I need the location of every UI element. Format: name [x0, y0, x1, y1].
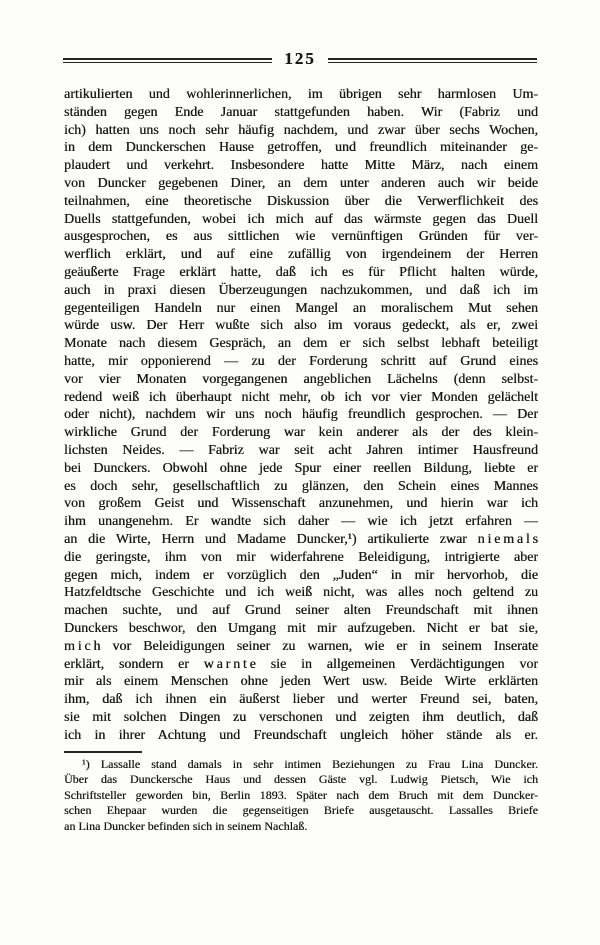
text-line: ihm, daß ich ihnen ein äußerst lieber un…	[64, 691, 538, 709]
text-line: artikulierten und wohlerinnerlichen, im …	[64, 86, 538, 104]
text-line: von großem Geist und Wissenschaft anzune…	[64, 495, 538, 513]
text-line: auch in praxi diesen Überzeugungen nachz…	[64, 282, 538, 300]
footnotes: ¹) Lassalle stand damals in sehr intimen…	[64, 757, 538, 834]
page-header: 125	[63, 51, 537, 69]
text-line: gegenteiligen Handeln nur einen Mangel a…	[64, 300, 538, 318]
footnote-line: Über das Dunckersche Haus und dessen Gäs…	[64, 772, 538, 787]
text-line: ihm unangenehm. Er wandte sich daher — w…	[64, 513, 538, 531]
text-line: an die Wirte, Herrn und Madame Duncker,¹…	[64, 531, 538, 549]
text-line: in dem Dunckerschen Hause getroffen, und…	[64, 139, 538, 157]
page-number: 125	[272, 50, 328, 68]
text-line: ausgesprochen, es aus sittlichen wie ver…	[64, 228, 538, 246]
text-line: redend weiß ich überhaupt nicht mehr, ob…	[64, 389, 538, 407]
text-line: hatte, mir opponierend — zu der Forderun…	[64, 353, 538, 371]
text-line: die geringste, ihm von mir widerfahrene …	[64, 549, 538, 567]
text-line: wirkliche Grund der Forderung war kein a…	[64, 424, 538, 442]
text-line: ich in ihrer Achtung und Freundschaft un…	[64, 727, 538, 745]
book-page: 125 artikulierten und wohlerinnerlichen,…	[0, 0, 600, 945]
text-line: würde usw. Der Herr wußte sich also im v…	[64, 317, 538, 335]
text-line: von Duncker gegebenen Diner, an dem unte…	[64, 175, 538, 193]
footnote-line: schen Ehepaar wurden die gegenseitigen B…	[64, 803, 538, 818]
text-line: Hatzfeldtsche Geschichte und ich weiß ni…	[64, 584, 538, 602]
text-line: teilnahmen, eine theoretische Diskussion…	[64, 193, 538, 211]
text-line: Duells stattgefunden, wobei ich mich auf…	[64, 211, 538, 229]
text-line: gegen mich, indem er vorzüglich den „Jud…	[64, 567, 538, 585]
text-line: ich) hatten uns noch sehr häufig nachdem…	[64, 122, 538, 140]
text-line: machen suchte, und auf Grund seiner alte…	[64, 602, 538, 620]
text-line: erklärt, sondern er w a r n t e sie in a…	[64, 656, 538, 674]
text-line: Monate nach diesem Gespräch, an dem er s…	[64, 335, 538, 353]
text-line: geäußerte Frage erklärt hatte, daß ich e…	[64, 264, 538, 282]
text-line: es doch sehr, gesellschaftlich zu glänze…	[64, 478, 538, 496]
text-line: m i c h vor Beleidigungen seiner zu warn…	[64, 638, 538, 656]
text-line: vor vier Monaten vorgegangenen angeblich…	[64, 371, 538, 389]
text-line: mir als einem Menschen ohne jeden Wert u…	[64, 673, 538, 691]
footnote-separator	[64, 751, 142, 753]
footnote-line: an Lina Duncker befinden sich in seinem …	[64, 819, 538, 834]
text-line: ständen gegen Ende Januar stattgefunden …	[64, 104, 538, 122]
header-rule-right	[328, 58, 537, 63]
main-text: artikulierten und wohlerinnerlichen, im …	[64, 86, 538, 744]
header-rule-left	[63, 58, 272, 63]
footnote-line: ¹) Lassalle stand damals in sehr intimen…	[64, 757, 538, 772]
text-line: sie mit solchen Dingen zu verschonen und…	[64, 709, 538, 727]
text-line: Dunckers beschwor, den Umgang mit mir au…	[64, 620, 538, 638]
text-line: oder nicht), nachdem wir uns noch häufig…	[64, 406, 538, 424]
text-line: plaudert und verkehrt. Insbesondere hatt…	[64, 157, 538, 175]
text-line: werflich erklärt, und auf eine zufällig …	[64, 246, 538, 264]
text-line: bei Dunckers. Obwohl ohne jede Spur eine…	[64, 460, 538, 478]
footnote-line: Schriftsteller geworden bin, Berlin 1893…	[64, 788, 538, 803]
text-line: lichsten Neides. — Fabriz war seit acht …	[64, 442, 538, 460]
